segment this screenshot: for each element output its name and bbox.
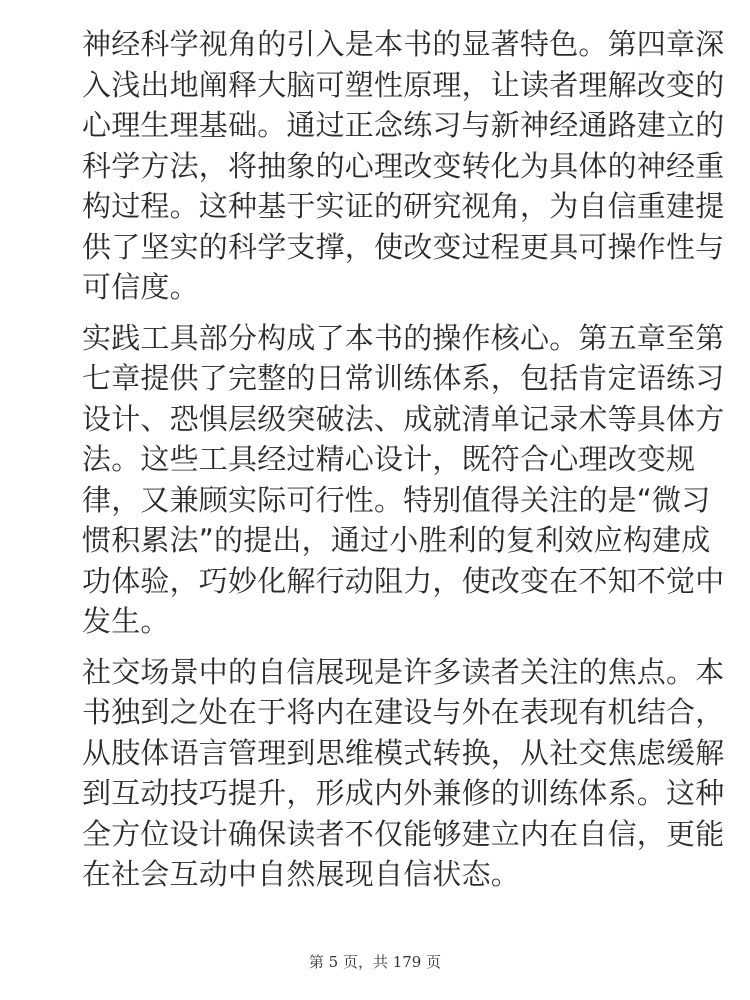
- text-line: 可信度。: [82, 267, 692, 308]
- text-line: 从肢体语言管理到思维模式转换，从社交焦虑缓解: [82, 733, 692, 774]
- text-line: 七章提供了完整的日常训练体系，包括肯定语练习: [82, 358, 692, 399]
- text-line: 书独到之处在于将内在建设与外在表现有机结合，: [82, 692, 692, 733]
- text-line: 心理生理基础。通过正念练习与新神经通路建立的: [82, 105, 692, 146]
- paragraph-social-confidence: 社交场景中的自信展现是许多读者关注的焦点。本 书独到之处在于将内在建设与外在表现…: [82, 652, 692, 895]
- text-line: 律，又兼顾实际可行性。特别值得关注的是“微习: [82, 480, 692, 521]
- text-line: 科学方法，将抽象的心理改变转化为具体的神经重: [82, 146, 692, 187]
- text-line: 法。这些工具经过精心设计，既符合心理改变规: [82, 439, 692, 480]
- paragraph-neuroscience: 神经科学视角的引入是本书的显著特色。第四章深 入浅出地阐释大脑可塑性原理，让读者…: [82, 24, 692, 308]
- text-line: 功体验，巧妙化解行动阻力，使改变在不知不觉中: [82, 561, 692, 602]
- text-line: 全方位设计确保读者不仅能够建立内在自信，更能: [82, 814, 692, 855]
- text-line: 惯积累法”的提出，通过小胜利的复利效应构建成: [82, 520, 692, 561]
- text-line: 构过程。这种基于实证的研究视角，为自信重建提: [82, 186, 692, 227]
- text-line: 社交场景中的自信展现是许多读者关注的焦点。本: [82, 652, 692, 693]
- text-line: 在社会互动中自然展现自信状态。: [82, 854, 692, 895]
- text-line: 入浅出地阐释大脑可塑性原理，让读者理解改变的: [82, 65, 692, 106]
- document-page: 神经科学视角的引入是本书的显著特色。第四章深 入浅出地阐释大脑可塑性原理，让读者…: [82, 24, 692, 905]
- paragraph-practice-tools: 实践工具部分构成了本书的操作核心。第五章至第 七章提供了完整的日常训练体系，包括…: [82, 318, 692, 642]
- text-line: 发生。: [82, 601, 692, 642]
- text-line: 到互动技巧提升，形成内外兼修的训练体系。这种: [82, 773, 692, 814]
- text-line: 供了坚实的科学支撑，使改变过程更具可操作性与: [82, 227, 692, 268]
- text-line: 实践工具部分构成了本书的操作核心。第五章至第: [82, 318, 692, 359]
- page-indicator: 第 5 页，共 179 页: [0, 951, 750, 972]
- text-line: 设计、恐惧层级突破法、成就清单记录术等具体方: [82, 399, 692, 440]
- text-line: 神经科学视角的引入是本书的显著特色。第四章深: [82, 24, 692, 65]
